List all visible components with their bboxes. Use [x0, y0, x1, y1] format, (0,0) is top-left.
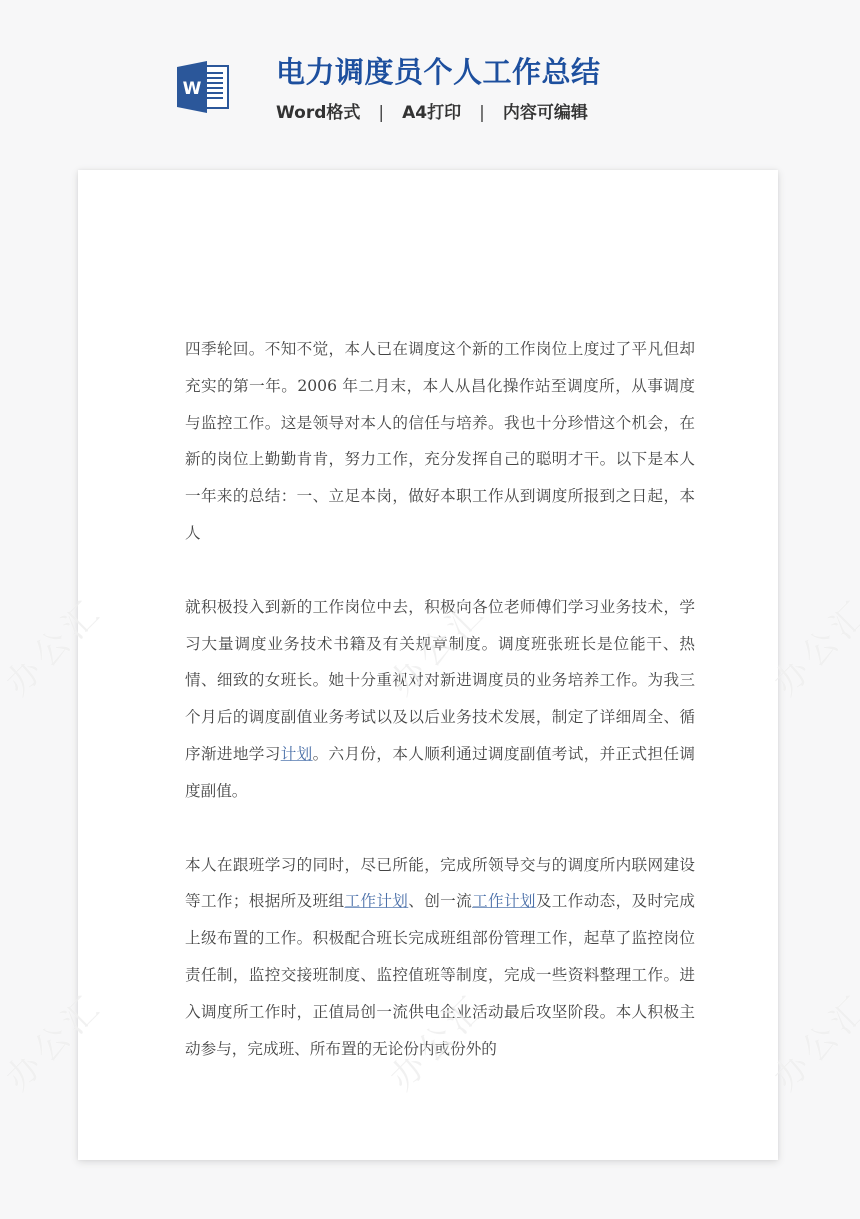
format-tags: Word格式 | A4打印 | 内容可编辑 — [276, 101, 588, 125]
svg-text:W: W — [183, 79, 202, 99]
paragraph-3: 本人在跟班学习的同时，尽已所能，完成所领导交与的调度所内联网建设等工作；根据所及… — [185, 847, 695, 1068]
tag-separator: | — [378, 101, 384, 125]
document-page: 四季轮回。不知不觉，本人已在调度这个新的工作岗位上度过了平凡但却充实的第一年。2… — [78, 170, 778, 1160]
tag-print: A4打印 — [402, 101, 461, 125]
paragraph-1: 四季轮回。不知不觉，本人已在调度这个新的工作岗位上度过了平凡但却充实的第一年。2… — [185, 331, 695, 552]
link-plan[interactable]: 计划 — [281, 745, 313, 763]
paragraph-text: 四季轮回。不知不觉，本人已在调度这个新的工作岗位上度过了平凡但却充实的第一年。2… — [185, 340, 695, 542]
link-work-plan-2[interactable]: 工作计划 — [472, 892, 536, 910]
document-body: 四季轮回。不知不觉，本人已在调度这个新的工作岗位上度过了平凡但却充实的第一年。2… — [185, 331, 695, 1104]
link-work-plan[interactable]: 工作计划 — [344, 892, 408, 910]
paragraph-2: 就积极投入到新的工作岗位中去，积极向各位老师傅们学习业务技术，学习大量调度业务技… — [185, 589, 695, 810]
paragraph-text: 就积极投入到新的工作岗位中去，积极向各位老师傅们学习业务技术，学习大量调度业务技… — [185, 598, 695, 763]
page-title: 电力调度员个人工作总结 — [276, 52, 601, 92]
paragraph-text: 及工作动态，及时完成上级布置的工作。积极配合班长完成班组部份管理工作，起草了监控… — [185, 892, 695, 1057]
word-document-icon: W — [175, 59, 231, 115]
tag-format: Word格式 — [276, 101, 360, 125]
paragraph-text: 、创一流 — [408, 892, 472, 910]
header: W 电力调度员个人工作总结 Word格式 | A4打印 | 内容可编辑 — [0, 0, 860, 150]
tag-editable: 内容可编辑 — [503, 101, 588, 125]
tag-separator: | — [479, 101, 485, 125]
